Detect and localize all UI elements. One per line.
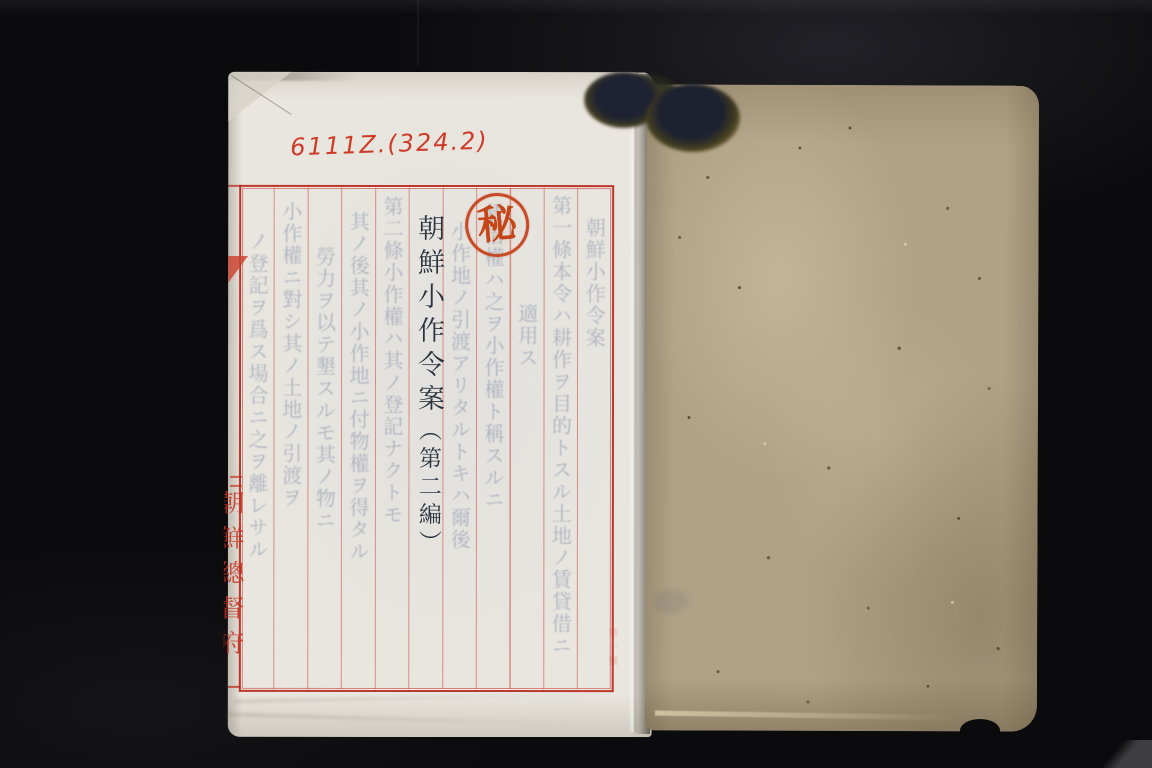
- printed-edge-note: 第一號: [606, 628, 619, 670]
- cover-page: 6111Z.(324.2) ノ登記ヲ爲ス場合ニ之ヲ離レサル小作權ニ對シ其ノ土地ノ…: [228, 72, 653, 737]
- bleedthrough-column: 小作權ニ對シ其ノ土地ノ引渡ヲ: [277, 201, 306, 509]
- title-part-text: （第二編）: [415, 418, 441, 558]
- back-page-smudge: [653, 589, 689, 613]
- bleedthrough-column: 朝鮮小作令案: [580, 217, 609, 349]
- bleedthrough-column: 其ノ後其ノ小作地ニ付物權ヲ得タル: [344, 211, 373, 563]
- back-page: [645, 84, 1039, 731]
- bleedthrough-column: 適用ス: [513, 303, 542, 369]
- bleedthrough-column: 小作地ノ引渡アリタルトキハ爾後: [445, 221, 474, 551]
- bleedthrough-column: 第一條本令ハ耕作ヲ目的トスル土地ノ賃貸借ニ: [546, 195, 575, 657]
- bleedthrough-column: ノ登記ヲ爲ス場合ニ之ヲ離レサル: [243, 231, 272, 561]
- ink-stain-right: [646, 84, 740, 152]
- document-title: 朝鮮小作令案（第二編）: [409, 214, 448, 684]
- secret-stamp-character: 秘: [476, 203, 519, 246]
- title-main-text: 朝鮮小作令案: [413, 214, 444, 418]
- backdrop-corner-highlight: [1082, 740, 1152, 768]
- archival-photo: 6111Z.(324.2) ノ登記ヲ爲ス場合ニ之ヲ離レサル小作權ニ對シ其ノ土地ノ…: [0, 0, 1152, 768]
- backdrop-fold-line: [417, 0, 419, 66]
- bleedthrough-column: 第二條小作權ハ其ノ登記ナクトモ: [378, 196, 407, 526]
- back-page-fold-highlight: [655, 711, 955, 721]
- bleedthrough-column: 勞力ヲ以テ墾スルモ其ノ物ニ: [310, 246, 339, 532]
